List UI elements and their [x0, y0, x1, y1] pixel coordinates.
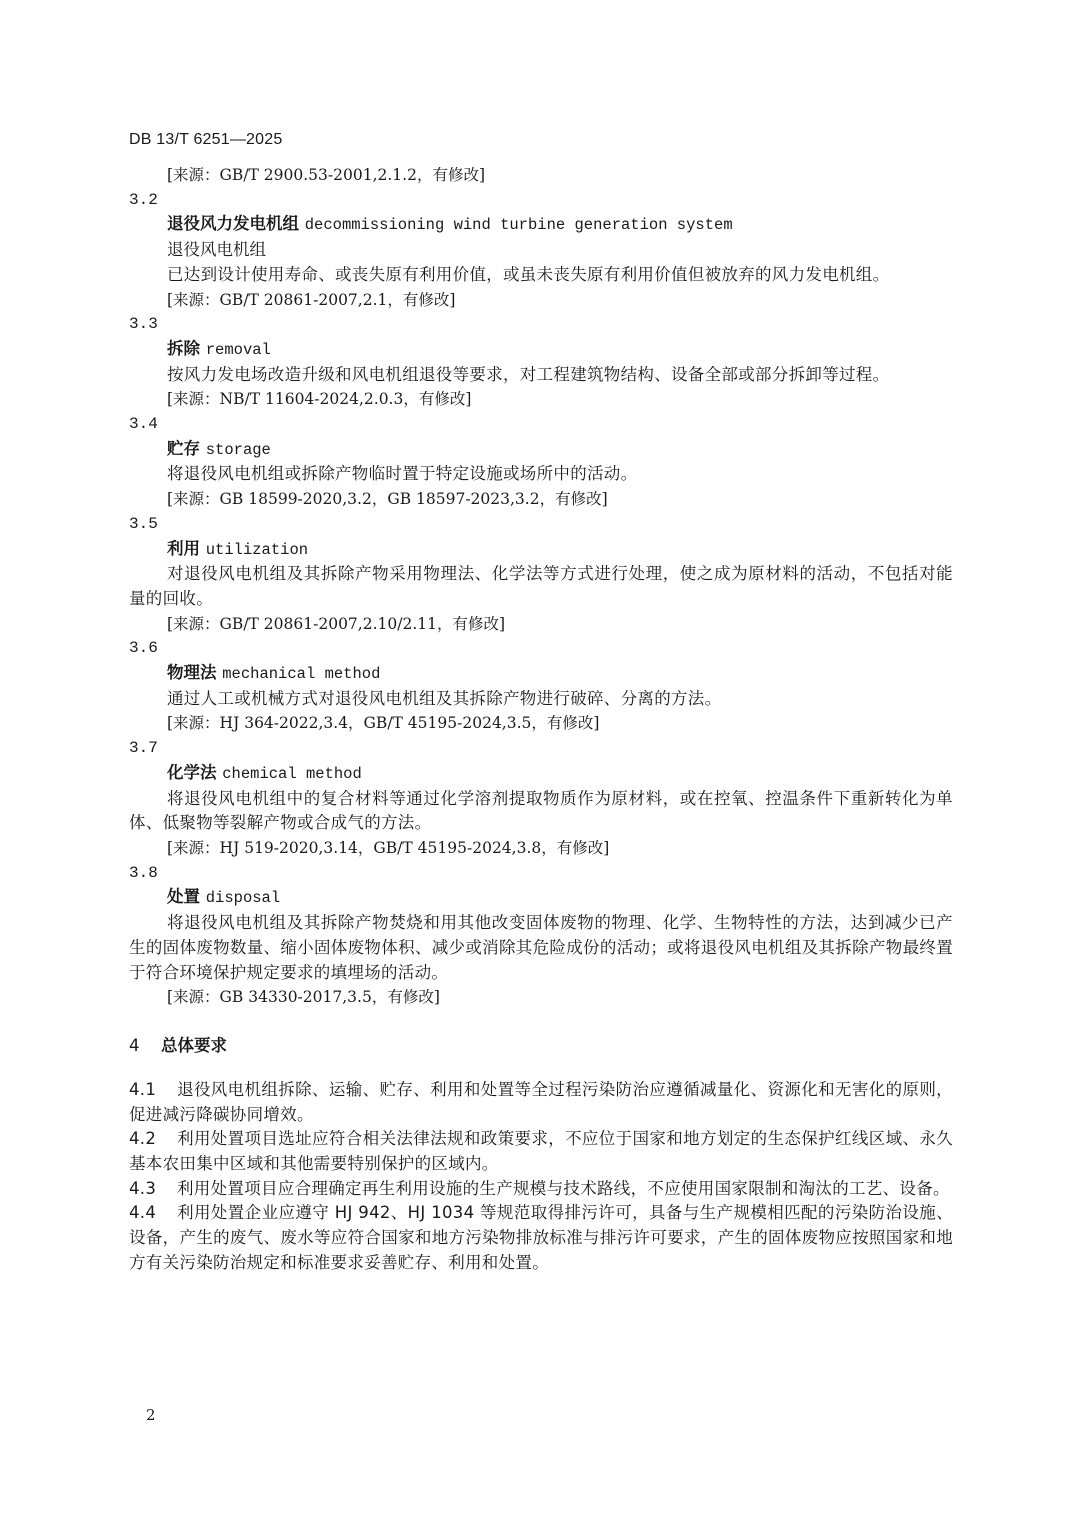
term-title: 物理法 mechanical method [129, 661, 953, 687]
clause-text: 利用处置项目选址应符合相关法律法规和政策要求，不应位于国家和地方划定的生态保护红… [129, 1129, 953, 1173]
term-en: chemical method [222, 765, 362, 783]
term-entry: 3.4 贮存 storage 将退役风电机组或拆除产物临时置于特定设施或场所中的… [129, 412, 953, 512]
source-citation: [来源：HJ 519-2020,3.14，GB/T 45195-2024,3.8… [129, 836, 953, 861]
source-citation: [来源：HJ 364-2022,3.4，GB/T 45195-2024,3.5，… [129, 711, 953, 736]
term-zh: 拆除 [167, 339, 200, 358]
clause-text: 利用处置项目应合理确定再生利用设施的生产规模与技术路线，不应使用国家限制和淘汰的… [177, 1179, 950, 1198]
term-definition: 将退役风电机组或拆除产物临时置于特定设施或场所中的活动。 [129, 462, 953, 487]
clause-number: 4.4 [129, 1201, 177, 1226]
term-number: 3.4 [129, 412, 953, 437]
term-en: decommissioning wind turbine generation … [305, 216, 733, 234]
term-title: 贮存 storage [129, 437, 953, 463]
clause-text: 利用处置企业应遵守 HJ 942、HJ 1034 等规范取得排污许可，具备与生产… [129, 1203, 953, 1271]
page-number: 2 [146, 1406, 156, 1424]
chapter-heading: 4总体要求 [129, 1032, 953, 1056]
clause: 4.4利用处置企业应遵守 HJ 942、HJ 1034 等规范取得排污许可，具备… [129, 1201, 953, 1275]
term-definition: 按风力发电场改造升级和风电机组退役等要求，对工程建筑物结构、设备全部或部分拆卸等… [129, 363, 953, 388]
term-entry: 3.6 物理法 mechanical method 通过人工或机械方式对退役风电… [129, 636, 953, 736]
term-number: 3.5 [129, 512, 953, 537]
term-zh: 物理法 [167, 663, 217, 682]
term-number: 3.6 [129, 636, 953, 661]
term-title: 拆除 removal [129, 337, 953, 363]
chapter-title: 总体要求 [161, 1036, 227, 1055]
term-entry: 3.8 处置 disposal 将退役风电机组及其拆除产物焚烧和用其他改变固体废… [129, 861, 953, 1010]
term-zh: 退役风力发电机组 [167, 214, 299, 233]
document-code-header: DB 13/T 6251—2025 [129, 131, 282, 149]
term-en: storage [206, 441, 271, 459]
source-citation: [来源：GB/T 20861-2007,2.1，有修改] [129, 288, 953, 313]
term-number: 3.3 [129, 312, 953, 337]
term-definition: 将退役风电机组中的复合材料等通过化学溶剂提取物质作为原材料，或在控氧、控温条件下… [129, 787, 953, 836]
clause: 4.1退役风电机组拆除、运输、贮存、利用和处置等全过程污染防治应遵循减量化、资源… [129, 1078, 953, 1127]
clause: 4.3利用处置项目应合理确定再生利用设施的生产规模与技术路线，不应使用国家限制和… [129, 1177, 953, 1202]
term-zh: 化学法 [167, 763, 217, 782]
term-definition: 已达到设计使用寿命、或丧失原有利用价值，或虽未丧失原有利用价值但被放弃的风力发电… [129, 263, 953, 288]
term-definition: 将退役风电机组及其拆除产物焚烧和用其他改变固体废物的物理、化学、生物特性的方法，… [129, 911, 953, 985]
term-zh: 处置 [167, 887, 200, 906]
term-en: mechanical method [222, 665, 380, 683]
document-body: [来源：GB/T 2900.53-2001,2.1.2，有修改] 3.2 退役风… [129, 163, 953, 1276]
term-definition: 对退役风电机组及其拆除产物采用物理法、化学法等方式进行处理，使之成为原材料的活动… [129, 562, 953, 611]
term-zh: 贮存 [167, 439, 200, 458]
term-number: 3.8 [129, 861, 953, 886]
term-en: utilization [206, 541, 308, 559]
term-en: disposal [206, 889, 280, 907]
term-zh: 利用 [167, 539, 200, 558]
term-title: 化学法 chemical method [129, 761, 953, 787]
term-alias: 退役风电机组 [129, 238, 953, 263]
source-citation: [来源：NB/T 11604-2024,2.0.3，有修改] [129, 387, 953, 412]
source-citation: [来源：GB/T 20861-2007,2.10/2.11，有修改] [129, 612, 953, 637]
source-citation: [来源：GB/T 2900.53-2001,2.1.2，有修改] [129, 163, 953, 188]
term-entry: 3.3 拆除 removal 按风力发电场改造升级和风电机组退役等要求，对工程建… [129, 312, 953, 412]
chapter-number: 4 [129, 1036, 161, 1055]
term-entry: 3.2 退役风力发电机组 decommissioning wind turbin… [129, 188, 953, 313]
term-number: 3.2 [129, 188, 953, 213]
clause-text: 退役风电机组拆除、运输、贮存、利用和处置等全过程污染防治应遵循减量化、资源化和无… [129, 1080, 953, 1124]
term-number: 3.7 [129, 736, 953, 761]
clause-number: 4.1 [129, 1078, 177, 1103]
term-title: 处置 disposal [129, 885, 953, 911]
source-citation: [来源：GB 18599-2020,3.2，GB 18597-2023,3.2，… [129, 487, 953, 512]
clause-number: 4.3 [129, 1177, 177, 1202]
clause-number: 4.2 [129, 1127, 177, 1152]
clause: 4.2利用处置项目选址应符合相关法律法规和政策要求，不应位于国家和地方划定的生态… [129, 1127, 953, 1176]
term-en: removal [206, 341, 271, 359]
term-title: 利用 utilization [129, 537, 953, 563]
term-entry: 3.5 利用 utilization 对退役风电机组及其拆除产物采用物理法、化学… [129, 512, 953, 637]
source-citation: [来源：GB 34330-2017,3.5，有修改] [129, 985, 953, 1010]
term-definition: 通过人工或机械方式对退役风电机组及其拆除产物进行破碎、分离的方法。 [129, 687, 953, 712]
term-entry: 3.7 化学法 chemical method 将退役风电机组中的复合材料等通过… [129, 736, 953, 861]
term-title: 退役风力发电机组 decommissioning wind turbine ge… [129, 212, 953, 238]
